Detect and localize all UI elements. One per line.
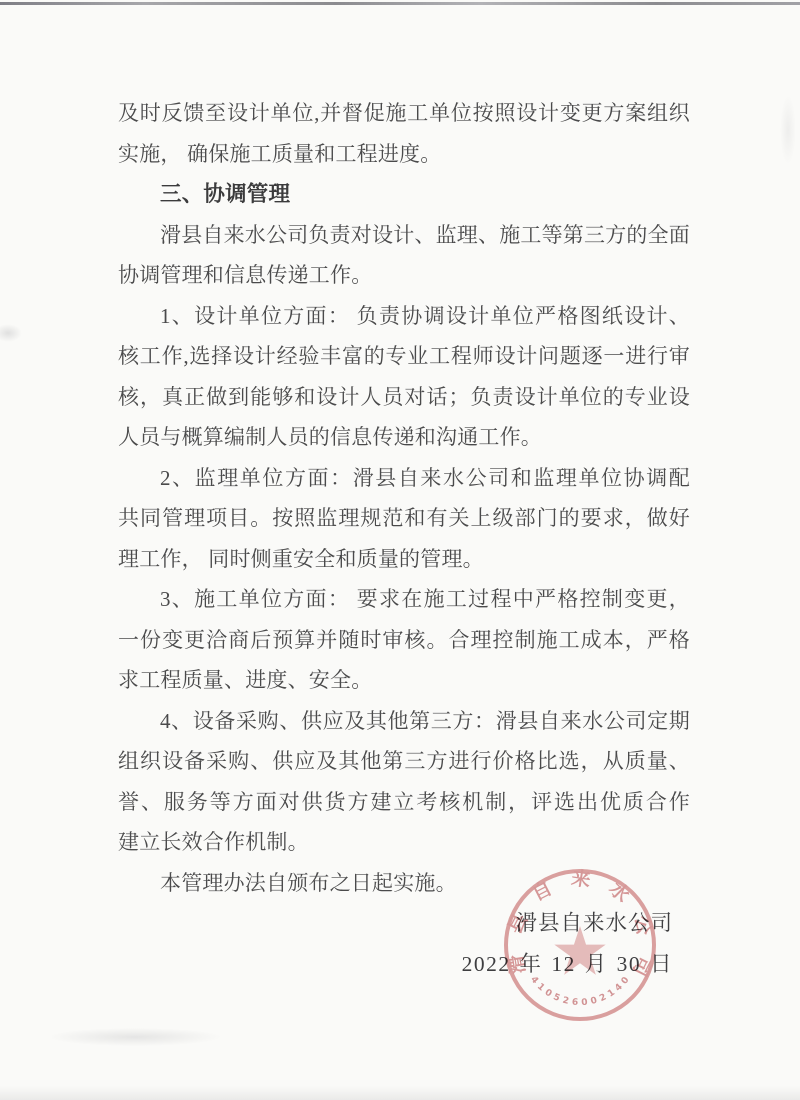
section-heading: 三、协调管理	[118, 174, 690, 215]
scan-bottom-shade	[0, 1086, 800, 1100]
text-line: 滑县自来水公司负责对设计、监理、施工等第三方的全面	[118, 215, 690, 256]
text-line: 建立长效合作机制。	[118, 822, 690, 863]
text-line: 求工程质量、进度、安全。	[118, 660, 690, 701]
text-line: 3、施工单位方面： 要求在施工过程中严格控制变更， 每	[118, 579, 690, 620]
text-line: 协调管理和信息传递工作。	[118, 255, 690, 296]
text-line: 组织设备采购、供应及其他第三方进行价格比选，从质量、信	[118, 741, 690, 782]
text-line: 4、设备采购、供应及其他第三方：滑县自来水公司定期	[118, 701, 690, 742]
body-lines: 及时反馈至设计单位,并督促施工单位按照设计变更方案组织实施， 确保施工质量和工程…	[118, 93, 690, 903]
text-line: 2、监理单位方面：滑县自来水公司和监理单位协调配合，	[118, 458, 690, 499]
signature-company-name: 滑县自来水公司	[118, 903, 690, 944]
text-line: 一份变更洽商后预算并随时审核。合理控制施工成本，严格要	[118, 620, 690, 661]
document-page: 及时反馈至设计单位,并督促施工单位按照设计变更方案组织实施， 确保施工质量和工程…	[118, 93, 690, 984]
text-line: 理工作， 同时侧重安全和质量的管理。	[118, 539, 690, 580]
text-line: 核工作,选择设计经验丰富的专业工程师设计问题逐一进行审	[118, 336, 690, 377]
text-line: 核，真正做到能够和设计人员对话；负责设计单位的专业设计	[118, 377, 690, 418]
text-line: 及时反馈至设计单位,并督促施工单位按照设计变更方案组织	[118, 93, 690, 134]
scan-smudge	[0, 324, 22, 342]
signature-date: 2022 年 12 月 30 日	[118, 944, 690, 985]
text-line: 本管理办法自颁布之日起实施。	[118, 863, 690, 904]
text-line: 实施， 确保施工质量和工程进度。	[118, 134, 690, 175]
text-line: 人员与概算编制人员的信息传递和沟通工作。	[118, 417, 690, 458]
text-line: 共同管理项目。按照监理规范和有关上级部门的要求，做好监	[118, 498, 690, 539]
scan-smudge	[50, 1028, 220, 1046]
scan-edge-line	[0, 2, 800, 5]
text-line: 誉、服务等方面对供货方建立考核机制，评选出优质合作方，	[118, 782, 690, 823]
scan-smudge	[780, 95, 796, 165]
text-line: 1、设计单位方面： 负责协调设计单位严格图纸设计、 审	[118, 296, 690, 337]
